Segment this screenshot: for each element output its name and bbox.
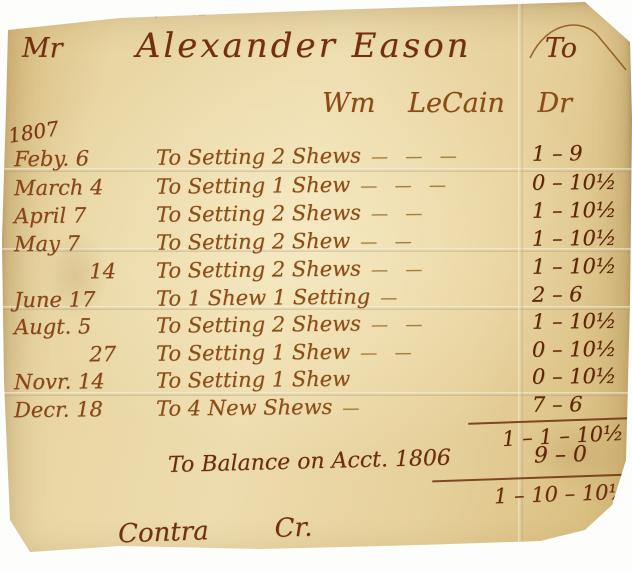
scanned-ledger-page: MG1 Vol. 3478 B/217.1 Mr Alexander Eason… [0,0,632,571]
row-dash-leader: — — [371,203,522,225]
row-dash-leader: — — [360,231,522,253]
row-dash-leader: — — — [371,146,522,168]
balance-amount: 9 – 0 [534,441,629,468]
archive-reference: MG1 Vol. 3478 B/217.1 [20,3,208,23]
ledger-row: 14 To Setting 2 Shews — — 1 – 10½ [14,254,626,284]
dr-label: Dr [537,88,572,119]
row-dash-leader: — — [371,314,522,336]
row-dash-leader: — — [371,259,522,281]
row-date: March 4 [14,175,146,200]
row-amount: 1 – 10½ [532,198,626,223]
row-date: 27 [14,342,146,367]
row-description: To 1 Shew 1 Setting [156,284,370,310]
creditor-prefix: Wm [322,88,375,119]
row-date: April 7 [14,203,146,228]
row-description: To Setting 1 Shew [156,340,350,366]
ledger-row: Augt. 5 To Setting 2 Shews — — 1 – 10½ [14,309,626,339]
row-amount: 2 – 6 [532,282,626,307]
ledger-row: 27 To Setting 1 Shew — — 0 – 10½ [14,337,626,367]
row-dash-leader: — [342,397,522,419]
row-date: May 7 [14,231,146,256]
creditor-line: Wm LeCain Dr [322,88,572,119]
row-dash-leader: — — [360,342,522,364]
balance-description: To Balance on Acct. 1806 [168,443,535,478]
row-description: To Setting 2 Shews [156,257,361,283]
year-label: 1807 [6,116,60,148]
row-description: To Setting 2 Shews [156,144,361,170]
debtor-prefix: Mr [22,33,63,64]
row-date: June 17 [14,287,146,312]
row-amount: 1 – 10½ [532,254,626,279]
row-date: Augt. 5 [14,314,146,339]
contra-label: Contra [118,516,210,549]
ledger-row: March 4 To Setting 1 Shew — — — 0 – 10½ [14,170,626,200]
row-date: Feby. 6 [14,146,146,171]
creditor-name: LeCain [408,88,505,119]
row-amount: 1 – 10½ [532,226,626,251]
ledger-row: Decr. 18 To 4 New Shews — 7 – 6 [14,392,626,422]
contra-heading: Contra Cr. [118,513,313,550]
row-amount: 1 – 10½ [532,309,626,334]
row-dash-leader [360,384,522,386]
row-date: 14 [14,259,146,284]
row-amount: 0 – 10½ [532,364,626,389]
ledger-row: Feby. 6 To Setting 2 Shews — — — 1 – 9 [14,141,626,171]
row-date: Decr. 18 [14,397,146,422]
row-date: Novr. 14 [14,369,146,394]
row-dash-leader: — — — [360,175,522,197]
debtor-line: Mr Alexander Eason To [22,26,577,66]
row-description: To Setting 2 Shews [156,312,361,338]
row-amount: 0 – 10½ [532,170,626,195]
row-description: To Setting 1 Shew [156,367,350,393]
paper-sheet: MG1 Vol. 3478 B/217.1 Mr Alexander Eason… [0,0,632,571]
to-word: To [545,33,577,64]
row-dash-leader: — [380,287,522,308]
cr-label: Cr. [274,513,313,544]
row-amount: 7 – 6 [532,392,626,417]
debtor-name: Alexander Eason [136,26,472,66]
total-amount: 1 – 10 – 10½ [494,480,630,509]
row-amount: 0 – 10½ [532,337,626,362]
row-amount: 1 – 9 [532,141,626,166]
row-description: To Setting 2 Shews [156,201,361,227]
ledger-row: April 7 To Setting 2 Shews — — 1 – 10½ [14,198,626,228]
ledger-row: Novr. 14 To Setting 1 Shew 0 – 10½ [14,364,626,394]
row-description: To 4 New Shews [156,395,333,421]
row-description: To Setting 2 Shew [156,229,350,255]
row-description: To Setting 1 Shew [156,173,350,199]
